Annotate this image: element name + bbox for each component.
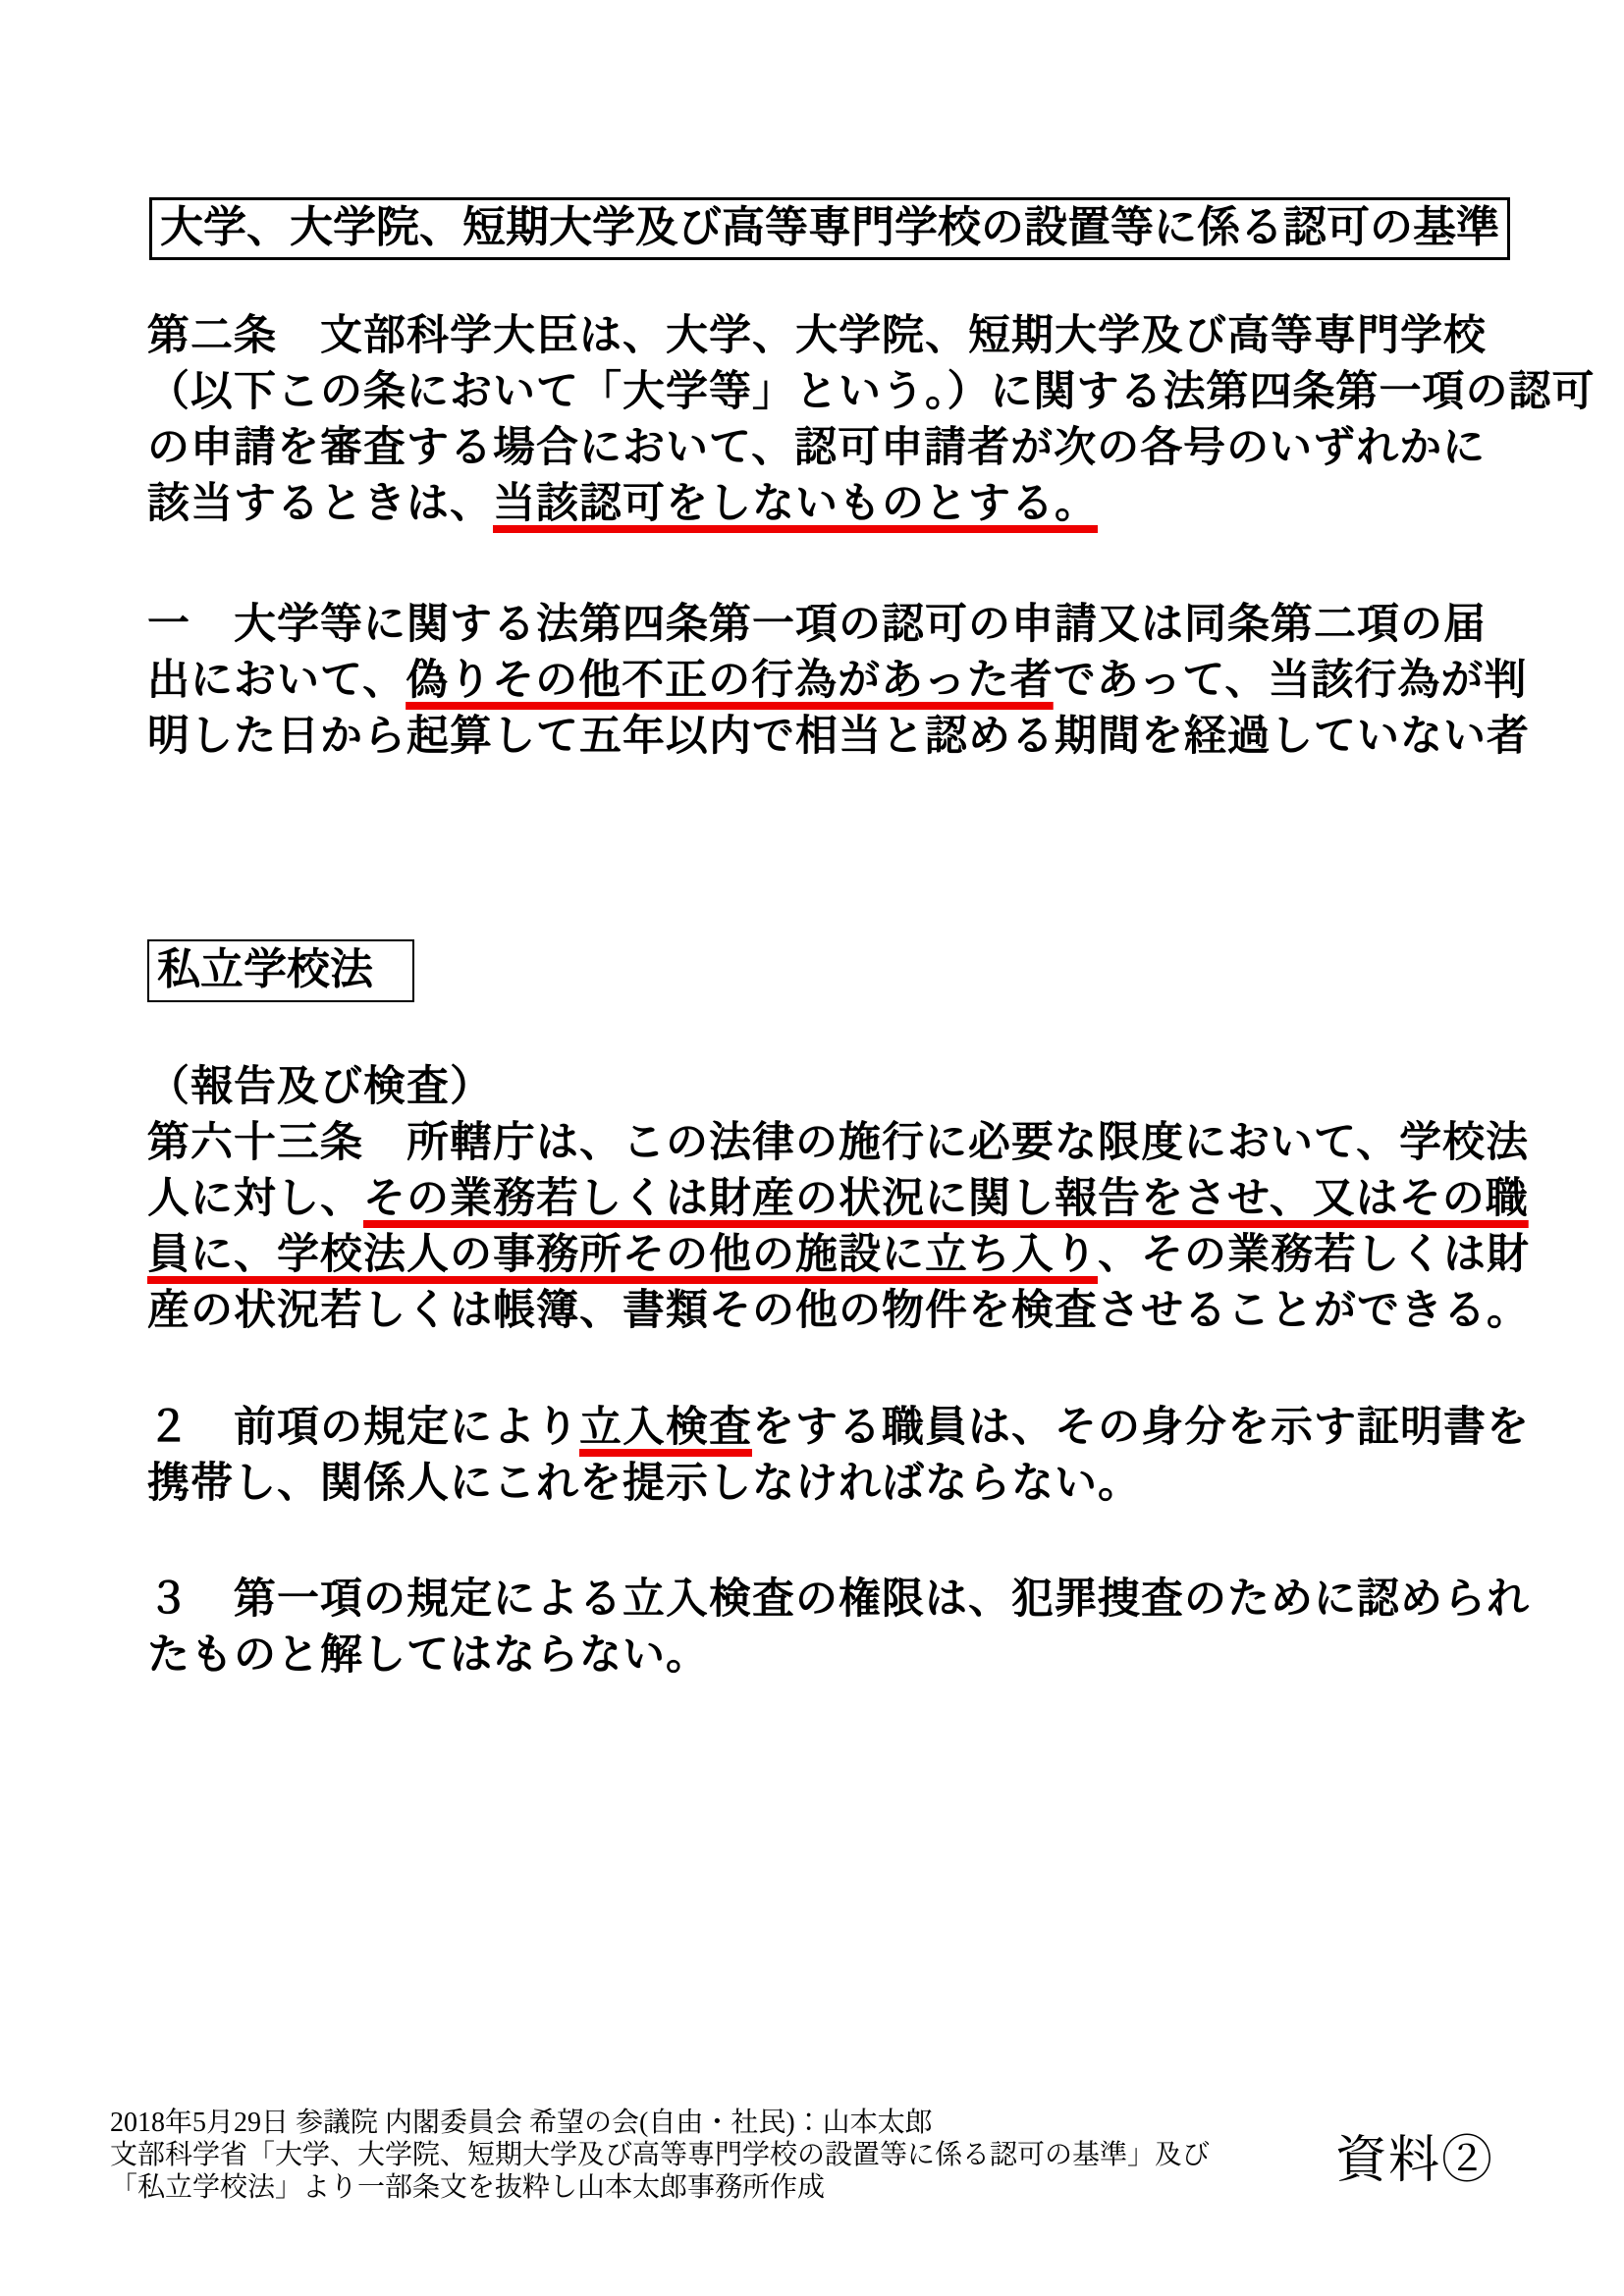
text-line: 出において、偽りその他不正の行為があった者であって、当該行為が判 [147, 653, 1522, 709]
text-line: たものと解してはならない。 [147, 1628, 1522, 1683]
red-underlined-text: 当該認可をしないものとする。 [493, 480, 1098, 527]
paragraph-article-63-clause-2: ２ 前項の規定により立入検査をする職員は、その身分を示す証明書を携帯し、関係人に… [147, 1400, 1522, 1512]
footer-line: 「私立学校法」より一部条文を抜粋し山本太郎事務所作成 [110, 2171, 1210, 2204]
red-underlined-text: 偽りその他不正の行為があった者 [406, 657, 1054, 704]
text-run: ３ 第一項の規定による立入検査の権限は、犯罪捜査のために認められ [147, 1575, 1530, 1623]
paragraph-article-2: 第二条 文部科学大臣は、大学、大学院、短期大学及び高等専門学校（以下この条におい… [147, 308, 1522, 532]
text-run: をする職員は、その身分を示す証明書を [752, 1404, 1530, 1451]
footer-line: 文部科学省「大学、大学院、短期大学及び高等専門学校の設置等に係る認可の基準」及び [110, 2139, 1210, 2171]
text-line: 第六十三条 所轄庁は、この法律の施行に必要な限度において、学校法 [147, 1115, 1522, 1171]
paragraph-article-63: （報告及び検査）第六十三条 所轄庁は、この法律の施行に必要な限度において、学校法… [147, 1059, 1522, 1339]
text-line: の申請を審査する場合において、認可申請者が次の各号のいずれかに [147, 420, 1522, 476]
text-line: 明した日から起算して五年以内で相当と認める期間を経過していない者 [147, 709, 1522, 765]
text-line: 産の状況若しくは帳簿、書類その他の物件を検査させることができる。 [147, 1283, 1522, 1339]
footer-attribution: 2018年5月29日 参議院 内閣委員会 希望の会(自由・社民)：山本太郎 文部… [110, 2107, 1210, 2204]
text-line: 一 大学等に関する法第四条第一項の認可の申請又は同条第二項の届 [147, 597, 1522, 653]
text-line: （以下この条において「大学等」という。）に関する法第四条第一項の認可 [147, 364, 1522, 420]
red-underlined-text: 立入検査 [579, 1404, 752, 1451]
document-number-stamp: 資料② [1335, 2118, 1494, 2192]
text-line: 該当するときは、当該認可をしないものとする。 [147, 476, 1522, 532]
footer-line: 2018年5月29日 参議院 内閣委員会 希望の会(自由・社民)：山本太郎 [110, 2107, 1210, 2139]
text-run: 産の状況若しくは帳簿、書類その他の物件を検査させることができる。 [147, 1287, 1530, 1334]
text-run: 明した日から起算して五年以内で相当と認める期間を経過していない者 [147, 713, 1530, 760]
text-run: ２ 前項の規定により [147, 1404, 579, 1451]
text-line: ３ 第一項の規定による立入検査の権限は、犯罪捜査のために認められ [147, 1572, 1522, 1628]
text-run: 出において、 [147, 657, 406, 704]
text-run: であって、当該行為が判 [1054, 657, 1528, 704]
text-run: （以下この条において「大学等」という。）に関する法第四条第一項の認可 [147, 368, 1596, 415]
title-box: 大学、大学院、短期大学及び高等専門学校の設置等に係る認可の基準 [149, 197, 1510, 260]
text-line: 携帯し、関係人にこれを提示しなければならない。 [147, 1456, 1522, 1512]
text-run: 携帯し、関係人にこれを提示しなければならない。 [147, 1460, 1141, 1507]
paragraph-article-2-item-1: 一 大学等に関する法第四条第一項の認可の申請又は同条第二項の届出において、偽りそ… [147, 597, 1522, 765]
section-box-private-school-law: 私立学校法 [147, 939, 414, 1002]
paragraph-article-63-clause-3: ３ 第一項の規定による立入検査の権限は、犯罪捜査のために認められたものと解しては… [147, 1572, 1522, 1683]
text-line: 員に、学校法人の事務所その他の施設に立ち入り、その業務若しくは財 [147, 1227, 1522, 1283]
text-line: ２ 前項の規定により立入検査をする職員は、その身分を示す証明書を [147, 1400, 1522, 1456]
text-run: 一 大学等に関する法第四条第一項の認可の申請又は同条第二項の届 [147, 601, 1487, 648]
text-run: 第六十三条 所轄庁は、この法律の施行に必要な限度において、学校法 [147, 1119, 1529, 1166]
text-run: の申請を審査する場合において、認可申請者が次の各号のいずれかに [147, 424, 1486, 471]
text-line: 第二条 文部科学大臣は、大学、大学院、短期大学及び高等専門学校 [147, 308, 1522, 364]
red-underlined-text: その業務若しくは財産の状況に関し報告をさせ、又はその職 [363, 1175, 1529, 1222]
text-line: （報告及び検査） [147, 1059, 1522, 1115]
text-run: 該当するときは、 [147, 480, 493, 527]
text-run: 、その業務若しくは財 [1098, 1231, 1530, 1278]
red-underlined-text: 員に、学校法人の事務所その他の施設に立ち入り [147, 1231, 1098, 1278]
text-run: 第二条 文部科学大臣は、大学、大学院、短期大学及び高等専門学校 [147, 312, 1487, 359]
document-page: 大学、大学院、短期大学及び高等専門学校の設置等に係る認可の基準 第二条 文部科学… [0, 0, 1624, 2296]
text-run: （報告及び検査） [147, 1063, 493, 1110]
text-line: 人に対し、その業務若しくは財産の状況に関し報告をさせ、又はその職 [147, 1171, 1522, 1227]
text-run: 人に対し、 [147, 1175, 363, 1222]
text-run: たものと解してはならない。 [147, 1631, 709, 1679]
